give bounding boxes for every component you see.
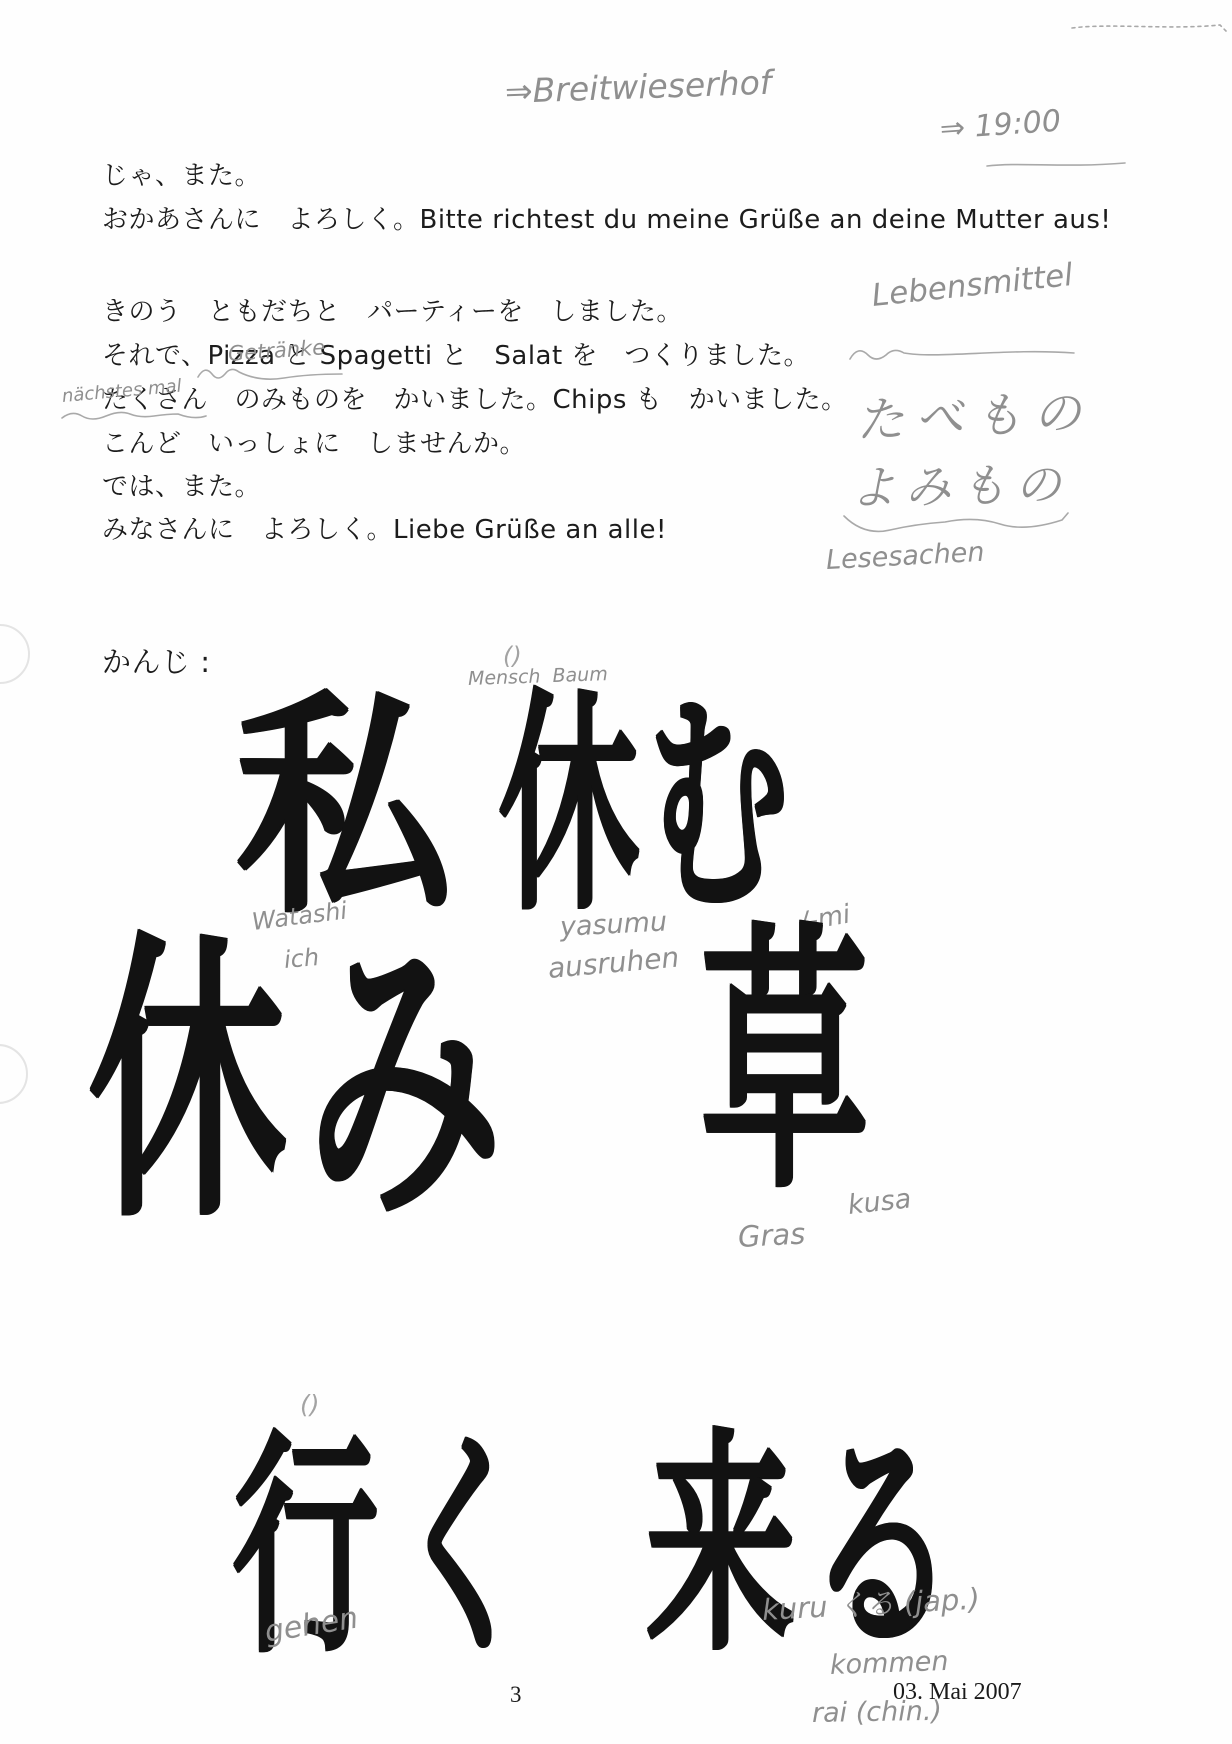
kanji-kusa: 草: [700, 935, 868, 1193]
hw-lesesachen-note: Lesesachen: [825, 537, 985, 576]
hw-kuru-meaning: kommen: [829, 1646, 948, 1681]
kanji-watashi: 私: [235, 700, 451, 916]
hw-place-note: ⇒Breitwieserhof: [504, 63, 772, 111]
time-underline: [985, 158, 1130, 172]
letter-line: では、また。: [102, 466, 261, 503]
hw-time-note: ⇒ 19:00: [939, 104, 1062, 147]
kanji-section-heading: かんじ :: [102, 640, 211, 681]
hw-kusa-meaning: Gras: [737, 1217, 806, 1254]
letter-line: おかあさんに よろしく。Bitte richtest du meine Grüß…: [102, 199, 1111, 236]
letter-line: みなさんに よろしく。Liebe Grüße an alle!: [102, 509, 667, 546]
hw-yasumu-reading: yasumu: [559, 906, 668, 943]
letter-line: こんど いっしょに しませんか。: [102, 423, 526, 460]
punch-hole-top: [0, 624, 30, 684]
scan-scratch-mark: [1070, 18, 1230, 38]
yomimono-underline: [842, 508, 1070, 540]
hw-yasumu-meaning: ausruhen: [547, 941, 681, 985]
letter-line: じゃ、また。: [102, 155, 261, 192]
scanned-letter-page: ⇒Breitwieserhof ⇒ 19:00 じゃ、また。 おかあさんに よろ…: [0, 0, 1232, 1744]
hw-tabemono-note: たべもの: [855, 374, 1093, 451]
kanji-yasumu: 休む: [498, 698, 797, 914]
hw-lebensmittel-note: Lebensmittel: [870, 257, 1074, 314]
kanji-yasumi: 休み: [88, 945, 521, 1221]
letter-line: きのう ともだちと パーティーを しました。: [102, 291, 683, 328]
page-date: 03. Mai 2007: [893, 1679, 1022, 1706]
punch-hole-bottom: [0, 1044, 28, 1104]
getraenke-underline: [196, 362, 346, 386]
page-number: 3: [510, 1682, 522, 1708]
lebensmittel-underline: [848, 342, 1078, 368]
hw-kusa-reading: kusa: [846, 1183, 912, 1220]
naechstes-mal-underline: [60, 408, 210, 426]
